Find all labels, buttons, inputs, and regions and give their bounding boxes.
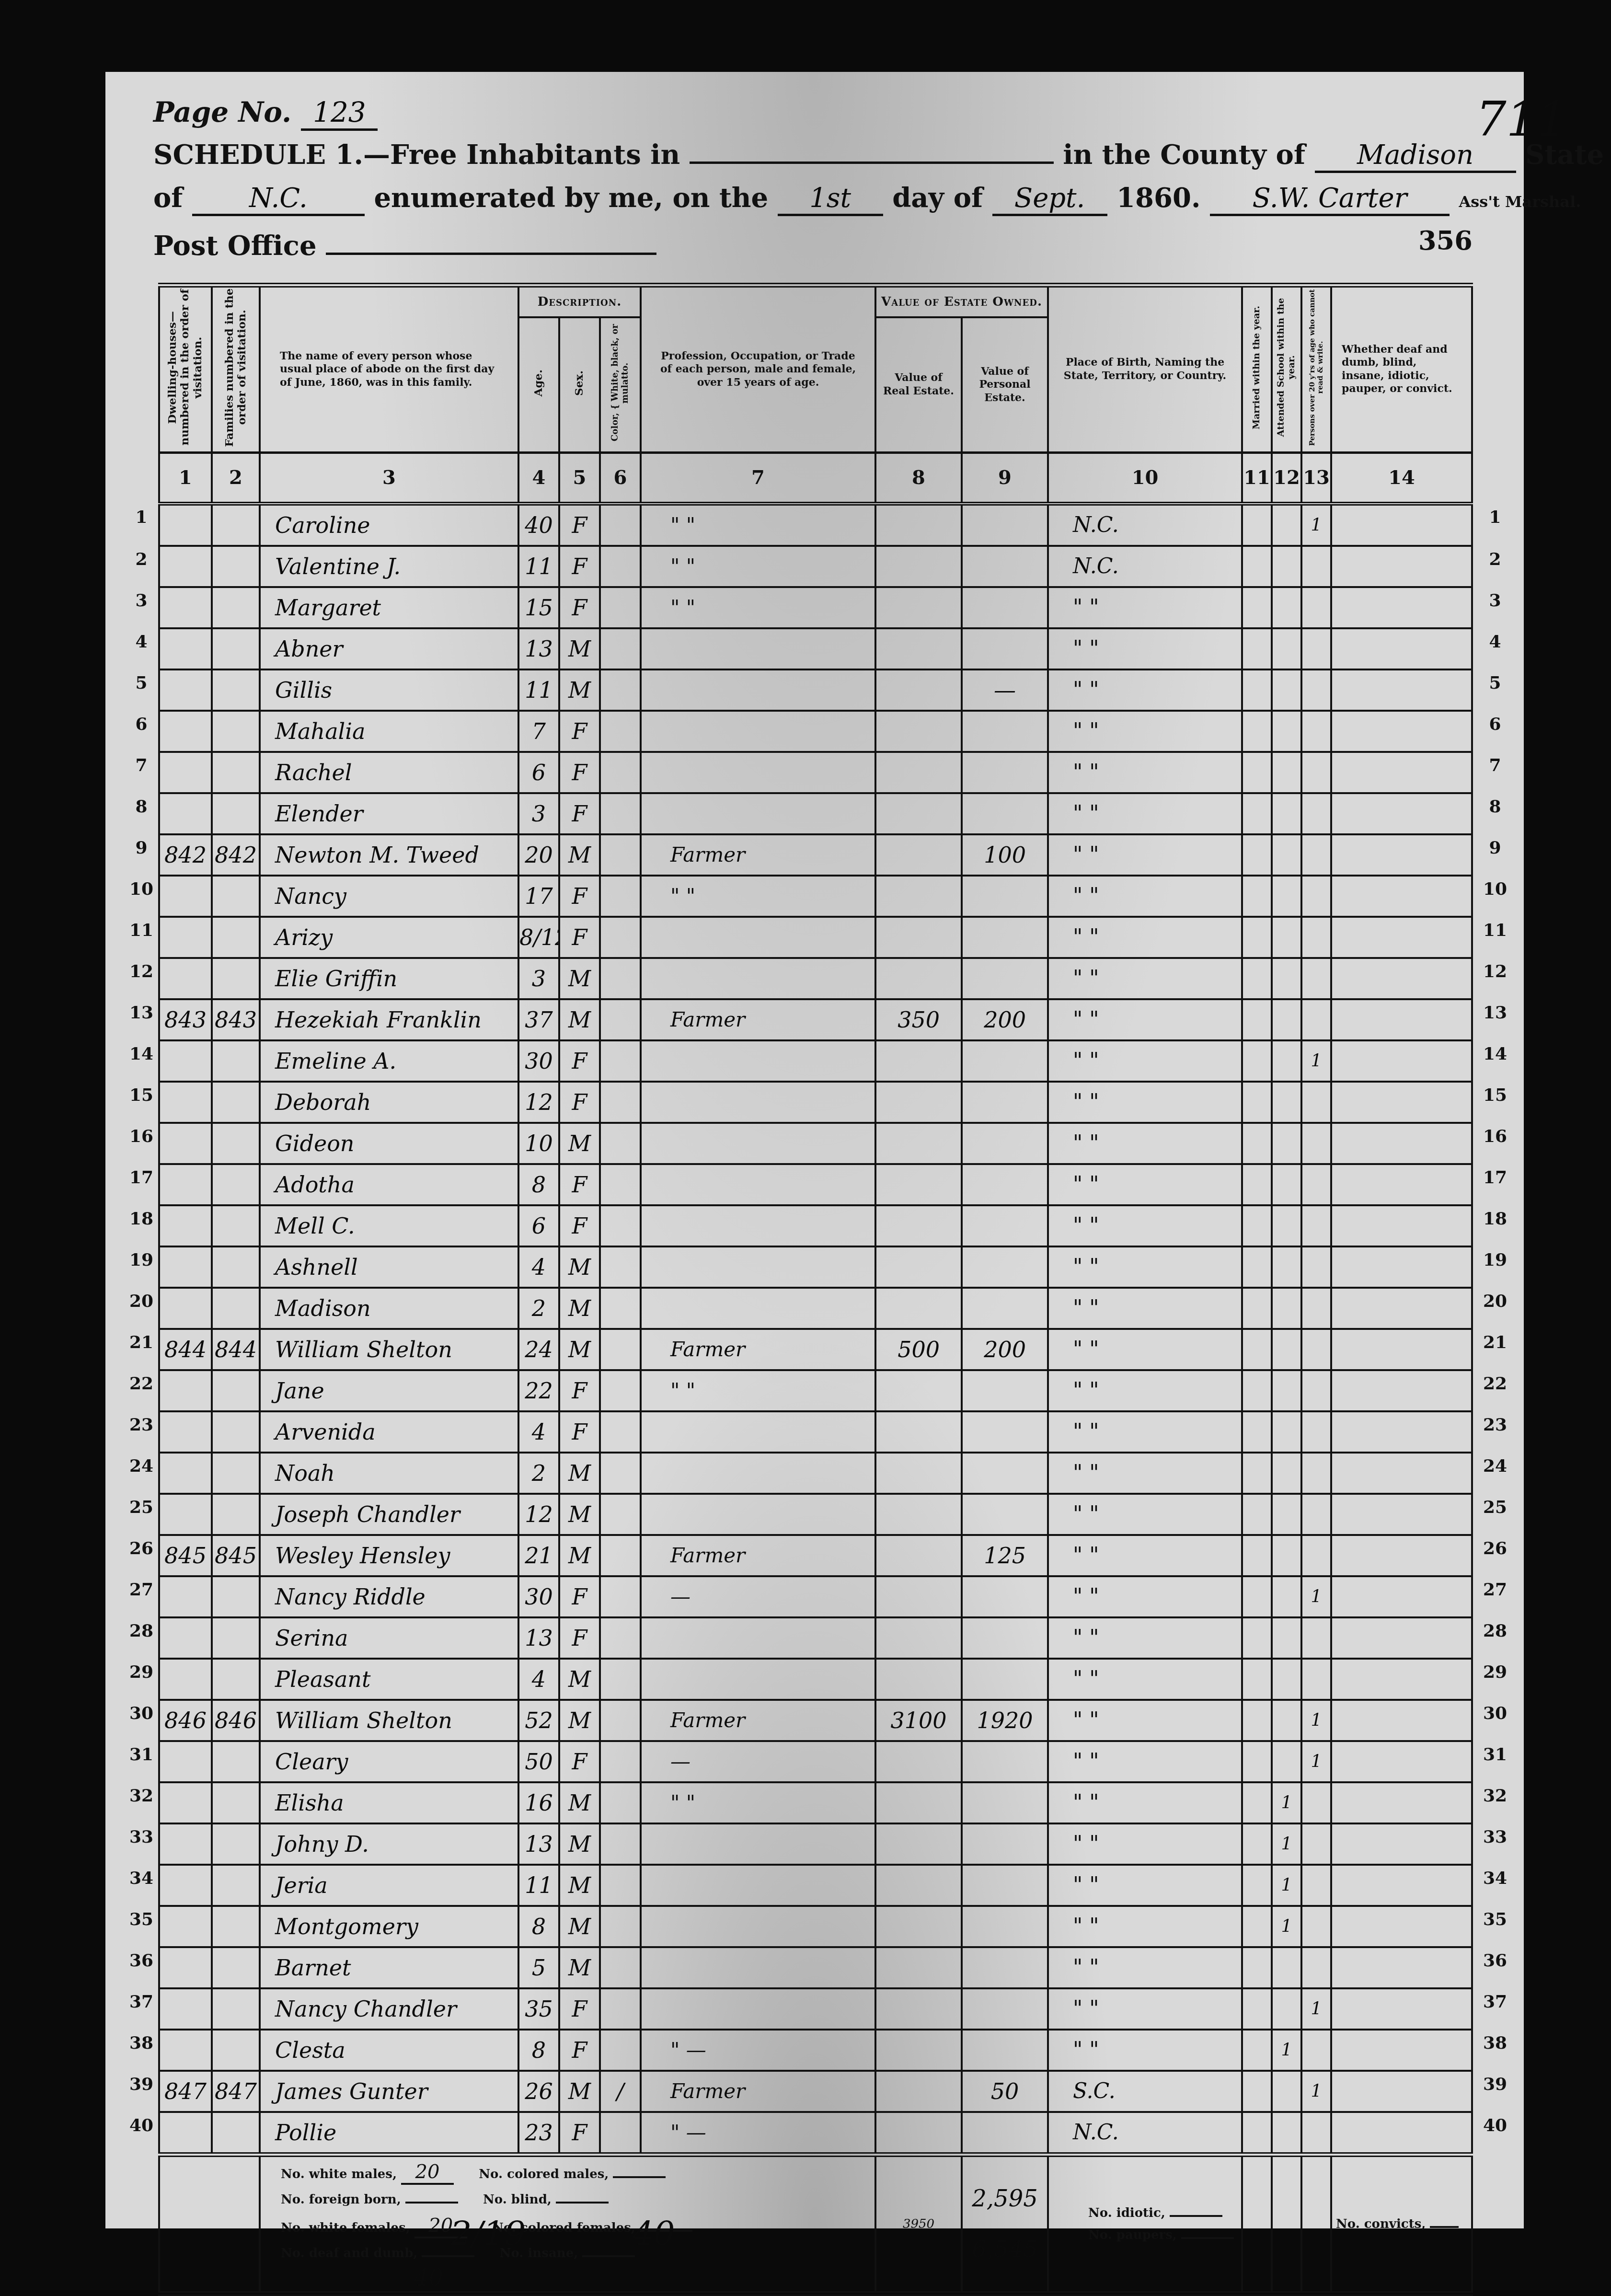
census-row: Johny D.13M" "1 xyxy=(159,1823,1472,1865)
family-number: 844 xyxy=(212,1329,260,1370)
person-name: Elie Griffin xyxy=(260,958,518,999)
line-number-right: 30 xyxy=(1481,1703,1509,1723)
cannot-read-write xyxy=(1301,1659,1331,1700)
married-within-year xyxy=(1242,752,1272,793)
person-name: Johny D. xyxy=(260,1823,518,1865)
real-estate-value xyxy=(875,1494,962,1535)
census-row: Mahalia7F" " xyxy=(159,711,1472,752)
color xyxy=(600,876,641,917)
personal-estate-value xyxy=(962,1164,1048,1205)
occupation xyxy=(641,1164,875,1205)
line-number-right: 10 xyxy=(1481,879,1509,899)
family-number xyxy=(212,793,260,834)
attended-school xyxy=(1272,1040,1301,1082)
line-number-right: 35 xyxy=(1481,1909,1509,1929)
family-number xyxy=(212,1906,260,1947)
married-within-year xyxy=(1242,1988,1272,2030)
real-estate-value xyxy=(875,876,962,917)
occupation xyxy=(641,1823,875,1865)
page-number-line: Page No. 123 xyxy=(153,96,378,131)
birthplace: " " xyxy=(1048,834,1242,876)
disability xyxy=(1331,1288,1472,1329)
birthplace: " " xyxy=(1048,999,1242,1040)
line-number-right: 28 xyxy=(1481,1621,1509,1641)
sex: F xyxy=(559,1576,600,1617)
disability xyxy=(1331,1164,1472,1205)
married-within-year xyxy=(1242,1947,1272,1988)
birthplace: " " xyxy=(1048,669,1242,711)
real-estate-value xyxy=(875,958,962,999)
census-row: Elender3F" " xyxy=(159,793,1472,834)
census-grid: Dwelling-houses—numbered in the order of… xyxy=(158,283,1471,2253)
birthplace: " " xyxy=(1048,1288,1242,1329)
attended-school xyxy=(1272,2112,1301,2155)
sex: F xyxy=(559,2030,600,2071)
occupation: — xyxy=(641,1576,875,1617)
occupation xyxy=(641,917,875,958)
person-name: Nancy Chandler xyxy=(260,1988,518,2030)
personal-estate-value xyxy=(962,504,1048,546)
line-number-left: 6 xyxy=(127,714,156,734)
color xyxy=(600,1741,641,1782)
age: 12 xyxy=(518,1082,559,1123)
cannot-read-write xyxy=(1301,917,1331,958)
attended-school xyxy=(1272,546,1301,587)
census-row: 846846William Shelton52MFarmer31001920" … xyxy=(159,1700,1472,1741)
dwelling-number xyxy=(159,711,212,752)
birthplace: " " xyxy=(1048,958,1242,999)
cannot-read-write xyxy=(1301,793,1331,834)
real-estate-value: 500 xyxy=(875,1329,962,1370)
family-number xyxy=(212,1040,260,1082)
age: 15 xyxy=(518,587,559,628)
line-number-left: 17 xyxy=(127,1167,156,1188)
real-estate-value xyxy=(875,669,962,711)
person-name: Hezekiah Franklin xyxy=(260,999,518,1040)
col11-header: Married within the year. xyxy=(1242,285,1272,452)
disability xyxy=(1331,504,1472,546)
line-number-right: 26 xyxy=(1481,1538,1509,1558)
color: / xyxy=(600,2071,641,2112)
age: 30 xyxy=(518,1576,559,1617)
age: 16 xyxy=(518,1782,559,1823)
real-estate-value xyxy=(875,752,962,793)
family-number xyxy=(212,1659,260,1700)
personal-estate-value xyxy=(962,2112,1048,2155)
line-number-left: 13 xyxy=(127,1003,156,1023)
disability xyxy=(1331,1205,1472,1246)
attended-school: 1 xyxy=(1272,1782,1301,1823)
attended-school xyxy=(1272,628,1301,669)
line-number-left: 22 xyxy=(127,1373,156,1394)
line-number-left: 23 xyxy=(127,1415,156,1435)
dwelling-number xyxy=(159,1040,212,1082)
personal-estate-value xyxy=(962,752,1048,793)
cannot-read-write: 1 xyxy=(1301,1741,1331,1782)
real-estate-value xyxy=(875,1164,962,1205)
family-number xyxy=(212,1288,260,1329)
line-number-right: 22 xyxy=(1481,1373,1509,1394)
line-number-right: 32 xyxy=(1481,1786,1509,1806)
real-estate-value xyxy=(875,793,962,834)
census-row: Margaret15F" "" " xyxy=(159,587,1472,628)
color xyxy=(600,2030,641,2071)
occupation xyxy=(641,958,875,999)
age: 20 xyxy=(518,834,559,876)
cannot-read-write xyxy=(1301,1906,1331,1947)
color xyxy=(600,1205,641,1246)
personal-estate-value: 125 xyxy=(962,1535,1048,1576)
line-number-right: 15 xyxy=(1481,1085,1509,1105)
age: 21 xyxy=(518,1535,559,1576)
occupation: " — xyxy=(641,2030,875,2071)
post-office-line: Post Office xyxy=(153,230,656,262)
birthplace: " " xyxy=(1048,2030,1242,2071)
occupation xyxy=(641,669,875,711)
attended-school xyxy=(1272,1123,1301,1164)
line-number-left: 32 xyxy=(127,1786,156,1806)
attended-school xyxy=(1272,1288,1301,1329)
color xyxy=(600,1370,641,1411)
attended-school xyxy=(1272,752,1301,793)
married-within-year xyxy=(1242,2112,1272,2155)
age: 5 xyxy=(518,1947,559,1988)
family-number xyxy=(212,1205,260,1246)
color xyxy=(600,1329,641,1370)
birthplace: " " xyxy=(1048,1453,1242,1494)
person-name: Nancy xyxy=(260,876,518,917)
line-number-left: 4 xyxy=(127,632,156,652)
person-name: Rachel xyxy=(260,752,518,793)
dwelling-number: 847 xyxy=(159,2071,212,2112)
color xyxy=(600,1164,641,1205)
census-row: Gideon10M" " xyxy=(159,1123,1472,1164)
line-number-left: 14 xyxy=(127,1044,156,1064)
disability xyxy=(1331,1123,1472,1164)
real-estate-value xyxy=(875,2071,962,2112)
line-number-right: 14 xyxy=(1481,1044,1509,1064)
real-estate-value xyxy=(875,1123,962,1164)
enumeration-line: of N.C. enumerated by me, on the 1st day… xyxy=(153,182,1581,216)
occupation xyxy=(641,1906,875,1947)
dwelling-number: 843 xyxy=(159,999,212,1040)
color xyxy=(600,793,641,834)
age: 40 xyxy=(518,504,559,546)
person-name: Elisha xyxy=(260,1782,518,1823)
line-number-right: 13 xyxy=(1481,1003,1509,1023)
sex: F xyxy=(559,752,600,793)
attended-school xyxy=(1272,1164,1301,1205)
age: 8 xyxy=(518,1906,559,1947)
line-number-right: 40 xyxy=(1481,2115,1509,2135)
attended-school xyxy=(1272,999,1301,1040)
estate-group-header: Value of Estate Owned. xyxy=(875,285,1048,317)
line-number-left: 31 xyxy=(127,1744,156,1765)
family-number xyxy=(212,917,260,958)
real-estate-value xyxy=(875,1205,962,1246)
birthplace: " " xyxy=(1048,1988,1242,2030)
dwelling-number xyxy=(159,1164,212,1205)
line-number-right: 17 xyxy=(1481,1167,1509,1188)
line-number-left: 15 xyxy=(127,1085,156,1105)
family-number xyxy=(212,1411,260,1453)
disability xyxy=(1331,1906,1472,1947)
birthplace: " " xyxy=(1048,1246,1242,1288)
cannot-read-write xyxy=(1301,1164,1331,1205)
person-name: William Shelton xyxy=(260,1700,518,1741)
disability xyxy=(1331,876,1472,917)
month-value: Sept. xyxy=(992,183,1107,216)
attended-school xyxy=(1272,1205,1301,1246)
col10-header: Place of Birth, Naming the State, Territ… xyxy=(1048,285,1242,452)
married-within-year xyxy=(1242,1823,1272,1865)
sex: F xyxy=(559,917,600,958)
birthplace: " " xyxy=(1048,876,1242,917)
dwelling-number: 844 xyxy=(159,1329,212,1370)
occupation xyxy=(641,1411,875,1453)
census-table: Dwelling-houses—numbered in the order of… xyxy=(158,283,1473,2253)
disability xyxy=(1331,1040,1472,1082)
married-within-year xyxy=(1242,999,1272,1040)
married-within-year xyxy=(1242,1659,1272,1700)
line-number-right: 6 xyxy=(1481,714,1509,734)
disability xyxy=(1331,1988,1472,2030)
occupation: — xyxy=(641,1741,875,1782)
census-page: Page No. 123 711 SCHEDULE 1.—Free Inhabi… xyxy=(105,72,1524,2228)
line-number-right: 31 xyxy=(1481,1744,1509,1765)
disability xyxy=(1331,752,1472,793)
occupation: Farmer xyxy=(641,1535,875,1576)
marshal-signature: S.W. Carter xyxy=(1210,183,1450,216)
census-row: 844844William Shelton24MFarmer500200" " xyxy=(159,1329,1472,1370)
color xyxy=(600,1288,641,1329)
totals-idiotic-paupers: No. idiotic, No. paupers, xyxy=(1048,2155,1242,2253)
married-within-year xyxy=(1242,1576,1272,1617)
post-office-value xyxy=(326,253,656,255)
disability xyxy=(1331,917,1472,958)
census-row: Caroline40F" "N.C.1 xyxy=(159,504,1472,546)
color xyxy=(600,834,641,876)
census-row: Pleasant4M" " xyxy=(159,1659,1472,1700)
age: 10 xyxy=(518,1123,559,1164)
married-within-year xyxy=(1242,917,1272,958)
person-name: Wesley Hensley xyxy=(260,1535,518,1576)
col9-header: Value of Personal Estate. xyxy=(962,317,1048,452)
married-within-year xyxy=(1242,1906,1272,1947)
personal-estate-value xyxy=(962,1741,1048,1782)
line-number-left: 7 xyxy=(127,755,156,775)
census-row: Elisha16M" "" "1 xyxy=(159,1782,1472,1823)
real-estate-value: 350 xyxy=(875,999,962,1040)
married-within-year xyxy=(1242,669,1272,711)
color xyxy=(600,1823,641,1865)
person-name: Arvenida xyxy=(260,1411,518,1453)
dwelling-number xyxy=(159,1906,212,1947)
birthplace: " " xyxy=(1048,1205,1242,1246)
description-group-header: Description. xyxy=(518,285,641,317)
line-number-left: 37 xyxy=(127,1992,156,2012)
attended-school xyxy=(1272,1617,1301,1659)
person-name: Ashnell xyxy=(260,1246,518,1288)
occupation: " — xyxy=(641,2112,875,2155)
sex: M xyxy=(559,1535,600,1576)
disability xyxy=(1331,1411,1472,1453)
census-row: Rachel6F" " xyxy=(159,752,1472,793)
disability xyxy=(1331,1865,1472,1906)
sex: F xyxy=(559,504,600,546)
sex: F xyxy=(559,1164,600,1205)
occupation: Farmer xyxy=(641,1700,875,1741)
age: 23 xyxy=(518,2112,559,2155)
census-row: Emeline A.30F" "1 xyxy=(159,1040,1472,1082)
age: 22 xyxy=(518,1370,559,1411)
cannot-read-write xyxy=(1301,587,1331,628)
occupation: " " xyxy=(641,504,875,546)
cannot-read-write xyxy=(1301,1411,1331,1453)
page-no-value: 123 xyxy=(301,96,378,131)
age: 11 xyxy=(518,546,559,587)
col2-header: Families numbered in the order of visita… xyxy=(212,285,260,452)
personal-estate-value xyxy=(962,1205,1048,1246)
line-number-right: 38 xyxy=(1481,2033,1509,2053)
person-name: William Shelton xyxy=(260,1329,518,1370)
occupation xyxy=(641,1246,875,1288)
occupation xyxy=(641,1453,875,1494)
sex: M xyxy=(559,1782,600,1823)
dwelling-number xyxy=(159,1246,212,1288)
married-within-year xyxy=(1242,546,1272,587)
census-row: Valentine J.11F" "N.C. xyxy=(159,546,1472,587)
dwelling-number xyxy=(159,1659,212,1700)
birthplace: " " xyxy=(1048,1123,1242,1164)
personal-estate-value: — xyxy=(962,669,1048,711)
attended-school: 1 xyxy=(1272,1865,1301,1906)
dwelling-number xyxy=(159,1494,212,1535)
color xyxy=(600,1535,641,1576)
real-estate-value xyxy=(875,1617,962,1659)
family-number xyxy=(212,711,260,752)
line-number-right: 1 xyxy=(1481,507,1509,527)
person-name: Abner xyxy=(260,628,518,669)
occupation xyxy=(641,711,875,752)
birthplace: " " xyxy=(1048,1082,1242,1123)
census-row: 843843Hezekiah Franklin37MFarmer350200" … xyxy=(159,999,1472,1040)
occupation: " " xyxy=(641,876,875,917)
dwelling-number xyxy=(159,1576,212,1617)
person-name: Joseph Chandler xyxy=(260,1494,518,1535)
day-of-label: day of xyxy=(892,182,983,214)
footer-mark-left: 2/19 xyxy=(450,2214,526,2253)
age: 2 xyxy=(518,1288,559,1329)
color xyxy=(600,1123,641,1164)
line-number-right: 36 xyxy=(1481,1950,1509,1971)
personal-estate-value xyxy=(962,1782,1048,1823)
cannot-read-write xyxy=(1301,1123,1331,1164)
sex: M xyxy=(559,2071,600,2112)
sex: M xyxy=(559,1453,600,1494)
census-rows: Caroline40F" "N.C.1Valentine J.11F" "N.C… xyxy=(159,504,1472,2155)
family-number: 847 xyxy=(212,2071,260,2112)
married-within-year xyxy=(1242,2030,1272,2071)
color xyxy=(600,546,641,587)
occupation xyxy=(641,752,875,793)
family-number xyxy=(212,1123,260,1164)
sex: M xyxy=(559,1700,600,1741)
age: 12 xyxy=(518,1494,559,1535)
attended-school xyxy=(1272,1741,1301,1782)
county-label: in the County of xyxy=(1063,139,1305,171)
disability xyxy=(1331,1782,1472,1823)
cannot-read-write xyxy=(1301,999,1331,1040)
birthplace: " " xyxy=(1048,1617,1242,1659)
person-name: Valentine J. xyxy=(260,546,518,587)
occupation xyxy=(641,1082,875,1123)
sex: M xyxy=(559,1329,600,1370)
cannot-read-write xyxy=(1301,1617,1331,1659)
line-number-left: 1 xyxy=(127,507,156,527)
personal-estate-value xyxy=(962,1288,1048,1329)
personal-estate-value: 1920 xyxy=(962,1700,1048,1741)
line-number-left: 11 xyxy=(127,920,156,940)
real-estate-value xyxy=(875,1453,962,1494)
family-number xyxy=(212,587,260,628)
family-number xyxy=(212,1988,260,2030)
line-number-right: 20 xyxy=(1481,1291,1509,1311)
person-name: Caroline xyxy=(260,504,518,546)
attended-school xyxy=(1272,958,1301,999)
dwelling-number xyxy=(159,876,212,917)
disability xyxy=(1331,2030,1472,2071)
personal-estate-value: 100 xyxy=(962,834,1048,876)
sex: F xyxy=(559,2112,600,2155)
sex: M xyxy=(559,1906,600,1947)
disability xyxy=(1331,1453,1472,1494)
married-within-year xyxy=(1242,1617,1272,1659)
census-row: Mell C.6F" " xyxy=(159,1205,1472,1246)
family-number xyxy=(212,546,260,587)
birthplace: " " xyxy=(1048,1659,1242,1700)
foreign-born-total xyxy=(405,2202,458,2204)
color xyxy=(600,669,641,711)
married-within-year xyxy=(1242,834,1272,876)
attended-school xyxy=(1272,1700,1301,1741)
color xyxy=(600,504,641,546)
personal-estate-total: 2,595 xyxy=(963,2185,1047,2212)
census-row: Nancy17F" "" " xyxy=(159,876,1472,917)
disability xyxy=(1331,1576,1472,1617)
occupation: Farmer xyxy=(641,834,875,876)
attended-school: 1 xyxy=(1272,1906,1301,1947)
birthplace: " " xyxy=(1048,1947,1242,1988)
birthplace: " " xyxy=(1048,1370,1242,1411)
dwelling-number xyxy=(159,2030,212,2071)
person-name: Gillis xyxy=(260,669,518,711)
person-name: Jeria xyxy=(260,1865,518,1906)
sex: M xyxy=(559,1659,600,1700)
disability xyxy=(1331,1700,1472,1741)
real-estate-value xyxy=(875,1576,962,1617)
age: 4 xyxy=(518,1659,559,1700)
census-row: Ashnell4M" " xyxy=(159,1246,1472,1288)
line-number-right: 27 xyxy=(1481,1580,1509,1600)
dwelling-number xyxy=(159,752,212,793)
age: 8/12 xyxy=(518,917,559,958)
attended-school xyxy=(1272,876,1301,917)
married-within-year xyxy=(1242,958,1272,999)
real-estate-value xyxy=(875,1370,962,1411)
family-number xyxy=(212,669,260,711)
occupation xyxy=(641,1947,875,1988)
